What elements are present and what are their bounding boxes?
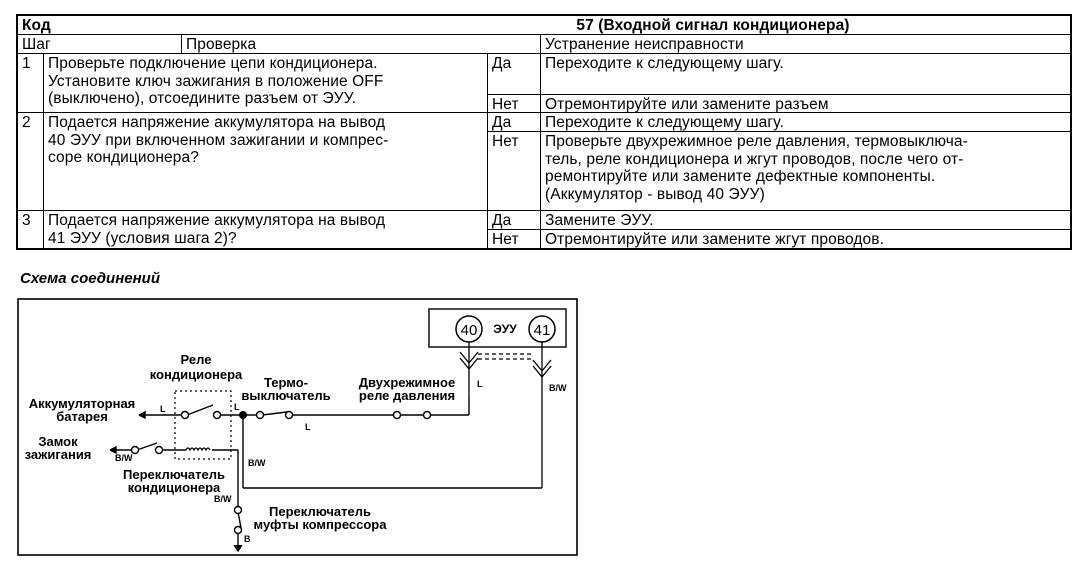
wiring-diagram: 40 41 ЭУУ (0, 0, 1086, 577)
component-labels: Реле кондиционера Аккумуляторная батарея… (25, 352, 456, 532)
wire-code: L (477, 379, 483, 389)
connector-icon (460, 342, 551, 488)
ac-switch-label: кондиционера (128, 480, 221, 495)
ecu-label: ЭУУ (493, 322, 517, 336)
wire-code: B/W (248, 458, 266, 468)
pin-41-label: 41 (534, 322, 551, 339)
wire-code: B/W (115, 453, 133, 463)
ignition-label: зажигания (25, 447, 92, 462)
relay-label: Реле (181, 352, 212, 367)
clutch-switch-label: муфты компрессора (254, 517, 388, 532)
battery-label: батарея (56, 409, 108, 424)
junction-icon (239, 411, 247, 419)
pressure-switch-label: реле давления (359, 388, 455, 403)
wire-code: B/W (214, 494, 232, 504)
wire-code: L (305, 422, 311, 432)
relay-coil-icon (186, 448, 210, 450)
wire-code: B/W (549, 383, 567, 393)
pin-40-label: 40 (461, 322, 478, 339)
wire-code: L (234, 402, 240, 412)
connector-link (478, 354, 533, 359)
wire-code: L (160, 404, 166, 414)
wire-code: B (244, 534, 251, 544)
relay-label: кондиционера (150, 367, 243, 382)
thermo-label: выключатель (241, 388, 330, 403)
